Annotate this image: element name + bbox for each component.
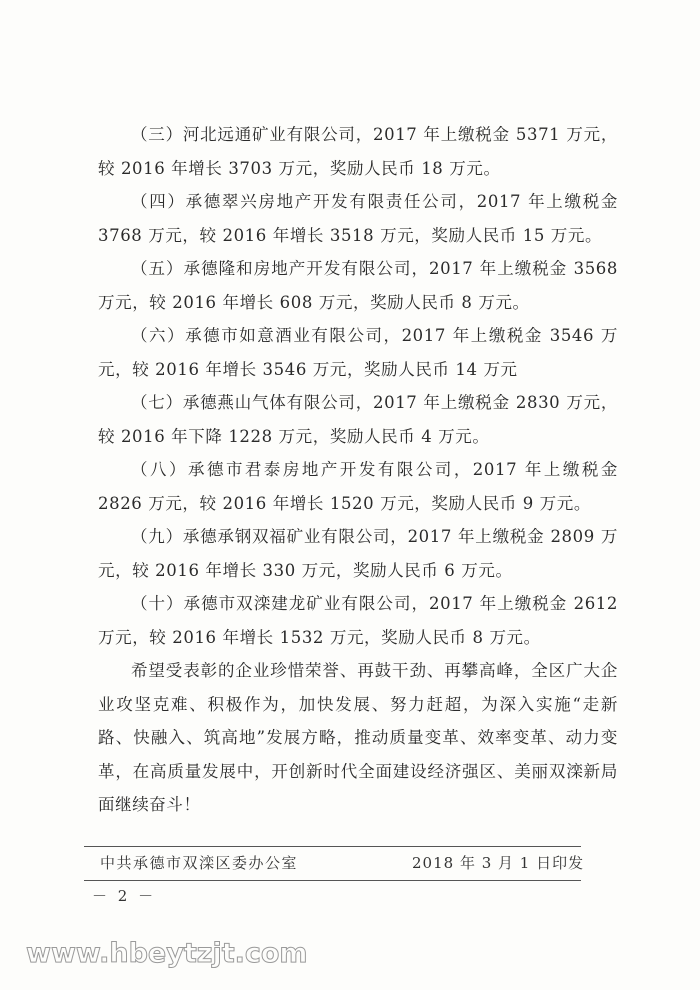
award-item-6: （六）承德市如意酒业有限公司，2017 年上缴税金 3546 万元，较 2016… xyxy=(98,319,618,386)
award-item-9: （九）承德承钢双福矿业有限公司，2017 年上缴税金 2809 万元，较 201… xyxy=(98,520,618,587)
page-number: － 2 － xyxy=(92,885,156,906)
document-body: （三）河北远通矿业有限公司，2017 年上缴税金 5371 万元，较 2016 … xyxy=(98,118,618,822)
footer-top-divider xyxy=(84,846,581,847)
document-page: （三）河北远通矿业有限公司，2017 年上缴税金 5371 万元，较 2016 … xyxy=(0,0,700,990)
award-item-10: （十）承德市双滦建龙矿业有限公司，2017 年上缴税金 2612 万元，较 20… xyxy=(98,587,618,654)
issuing-organization: 中共承德市双滦区委办公室 xyxy=(100,852,298,873)
issue-date: 2018 年 3 月 1 日印发 xyxy=(412,852,584,873)
footer-bottom-divider xyxy=(84,880,581,881)
website-watermark: www.hbeytzjt.com xyxy=(26,938,308,969)
award-item-5: （五）承德隆和房地产开发有限公司，2017 年上缴税金 3568 万元，较 20… xyxy=(98,252,618,319)
closing-paragraph: 希望受表彰的企业珍惜荣誉、再鼓干劲、再攀高峰，全区广大企业攻坚克难、积极作为，加… xyxy=(98,654,618,822)
award-item-4: （四）承德翠兴房地产开发有限责任公司，2017 年上缴税金 3768 万元，较 … xyxy=(98,185,618,252)
award-item-7: （七）承德燕山气体有限公司，2017 年上缴税金 2830 万元，较 2016 … xyxy=(98,386,618,453)
award-item-8: （八）承德市君泰房地产开发有限公司，2017 年上缴税金 2826 万元，较 2… xyxy=(98,453,618,520)
award-item-3: （三）河北远通矿业有限公司，2017 年上缴税金 5371 万元，较 2016 … xyxy=(98,118,618,185)
